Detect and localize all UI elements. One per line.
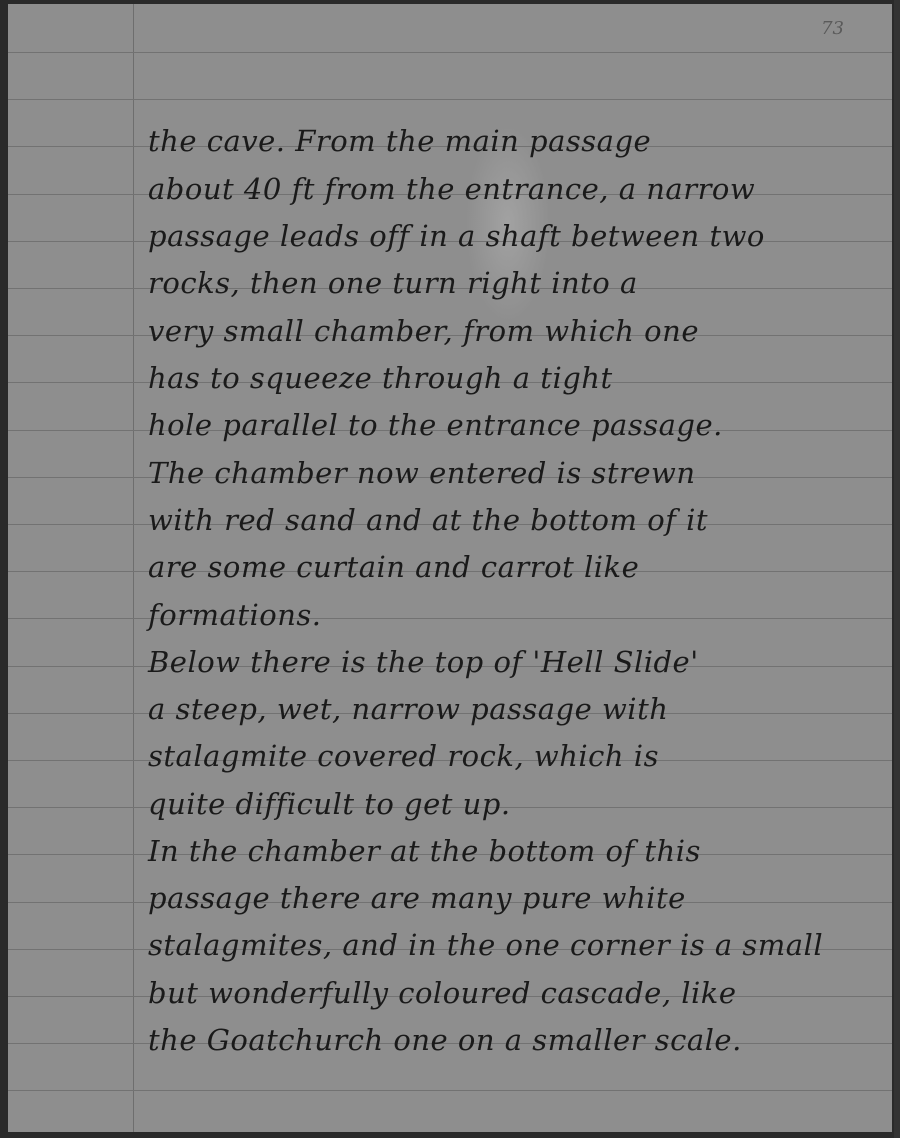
text-line: about 40 ft from the entrance, a narrow [148, 172, 755, 206]
text-line: the Goatchurch one on a smaller scale. [148, 1023, 742, 1057]
text-line: passage there are many pure white [148, 881, 686, 915]
text-line: stalagmites, and in the one corner is a … [148, 928, 823, 962]
page-edge-shadow [894, 0, 900, 1138]
text-line: has to squeeze through a tight [148, 361, 613, 395]
text-line: with red sand and at the bottom of it [148, 503, 708, 537]
text-line: the cave. From the main passage [148, 124, 651, 158]
text-line: formations. [148, 598, 322, 632]
text-line: a steep, wet, narrow passage with [148, 692, 668, 726]
text-line: The chamber now entered is strewn [148, 456, 696, 490]
page-number: 73 [821, 18, 844, 39]
text-line: stalagmite covered rock, which is [148, 739, 659, 773]
text-line: but wonderfully coloured cascade, like [148, 976, 737, 1010]
text-line: are some curtain and carrot like [148, 550, 639, 584]
text-line: In the chamber at the bottom of this [148, 834, 701, 868]
text-line: hole parallel to the entrance passage. [148, 408, 723, 442]
text-line: very small chamber, from which one [148, 314, 699, 348]
text-line: quite difficult to get up. [148, 787, 511, 821]
margin-line [133, 4, 134, 1132]
text-line: rocks, then one turn right into a [148, 266, 638, 300]
text-line: passage leads off in a shaft between two [148, 219, 765, 253]
notebook-page: 73 the cave. From the main passage about… [8, 4, 892, 1132]
text-line: Below there is the top of 'Hell Slide' [148, 645, 699, 679]
